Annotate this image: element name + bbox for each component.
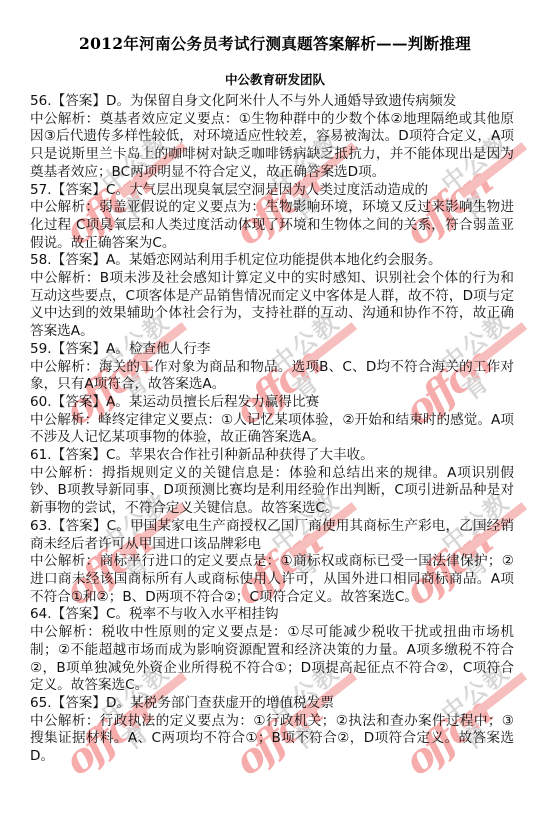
document-title: 2012年河南公务员考试行测真题答案解析——判断推理 [0,32,550,54]
question-59-answer: 59.【答案】A。检查他人行李 [30,341,514,359]
question-63-analysis: 中公解析：商标平行进口的定义要点是：①商标权或商标已受一国法律保护；②进口商未经… [30,553,514,606]
document-author: 中公教育研发团队 [0,70,550,88]
question-65-answer: 65.【答案】D。某税务部门查获虚开的增值税发票 [30,695,514,713]
question-58-answer: 58.【答案】A。某婚恋网站利用手机定位功能提供本地化约会服务。 [30,252,514,270]
question-57-answer: 57.【答案】C。大气层出现臭氧层空洞是因为人类过度活动造成的 [30,182,514,200]
question-64-answer: 64.【答案】C。税率不与收入水平相挂钩 [30,606,514,624]
question-60-answer: 60.【答案】A。某运动员擅长后程发力赢得比赛 [30,394,514,412]
question-56-answer: 56.【答案】D。为保留自身文化阿米什人不与外人通婚导致遗传病频发 [30,93,514,111]
question-56-analysis: 中公解析：奠基者效应定义要点：①生物种群中的少数个体②地理隔绝或其他原因③后代遗… [30,111,514,182]
answer-body: 56.【答案】D。为保留自身文化阿米什人不与外人通婚导致遗传病频发 中公解析：奠… [30,93,514,766]
question-60-analysis: 中公解析：峰终定律定义要点：①人记忆某项体验，②开始和结束时的感觉。A项不涉及人… [30,412,514,447]
question-58-analysis: 中公解析：B项未涉及社会感知计算定义中的实时感知、识别社会个体的行为和互动这些要… [30,270,514,341]
question-61-analysis: 中公解析：拇指规则定义的关键信息是：体验和总结出来的规律。A项识别假钞、B项教导… [30,465,514,518]
question-63-answer: 63.【答案】C。甲国某家电生产商授权乙国厂商使用其商标生产彩电，乙国经销商未经… [30,518,514,553]
question-59-analysis: 中公解析：海关的工作对象为商品和物品。选项B、C、D均不符合海关的工作对象，只有… [30,359,514,394]
question-61-answer: 61.【答案】C。苹果农合作社引种新品种获得了大丰收。 [30,447,514,465]
question-64-analysis: 中公解析：税收中性原则的定义要点是：①尽可能减少税收干扰或扭曲市场机制；②不能超… [30,624,514,695]
question-57-analysis: 中公解析：弱盖亚假说的定义要点为：生物影响环境，环境又反过来影响生物进化过程 C… [30,199,514,252]
question-65-analysis: 中公解析：行政执法的定义要点为：①行政机关；②执法和查办案件过程中；③搜集证据材… [30,713,514,766]
